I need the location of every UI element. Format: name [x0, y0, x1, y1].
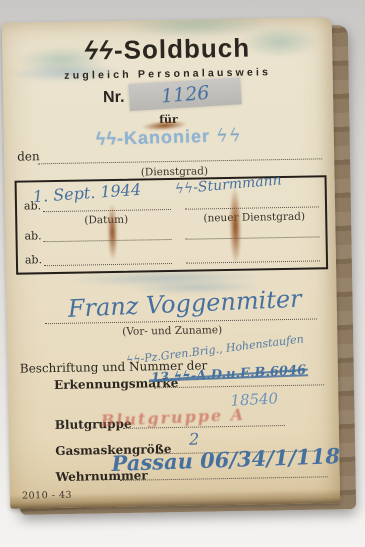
ab-label: ab.: [24, 229, 41, 242]
promotion-box: ab. ab. ab. (Datum) (neuer Dienstgrad) 1…: [15, 175, 329, 274]
den-label: den: [17, 149, 40, 163]
rust-stain: [107, 203, 118, 261]
datum-caption: (Datum): [61, 213, 151, 227]
gasmaske-entry: 2: [189, 430, 200, 449]
nr-label: Nr.: [103, 89, 125, 107]
ab-label: ab.: [25, 253, 42, 266]
nr-value-patch: 1126: [128, 77, 241, 111]
nr-value: 1126: [160, 81, 210, 107]
title-text: -Soldbuch: [114, 33, 251, 65]
photo-background: { "document": { "title_runes": "ϟϟ", "ti…: [0, 0, 365, 547]
neuer-dienstgrad-caption: (neuer Dienstgrad): [189, 210, 319, 224]
soldbuch-page: ϟϟ-Soldbuch zugleich Personalausweis Nr.…: [2, 17, 340, 509]
print-code: 2010 - 43: [22, 490, 72, 502]
ss-runes-glyph: ϟϟ: [81, 35, 118, 67]
page-title: ϟϟ-Soldbuch: [2, 31, 332, 68]
rank-line-3: [186, 241, 320, 263]
name-line: [45, 297, 317, 324]
dienstgrad-line: [38, 138, 322, 164]
name-caption: (Vor- und Zuname): [87, 324, 257, 339]
